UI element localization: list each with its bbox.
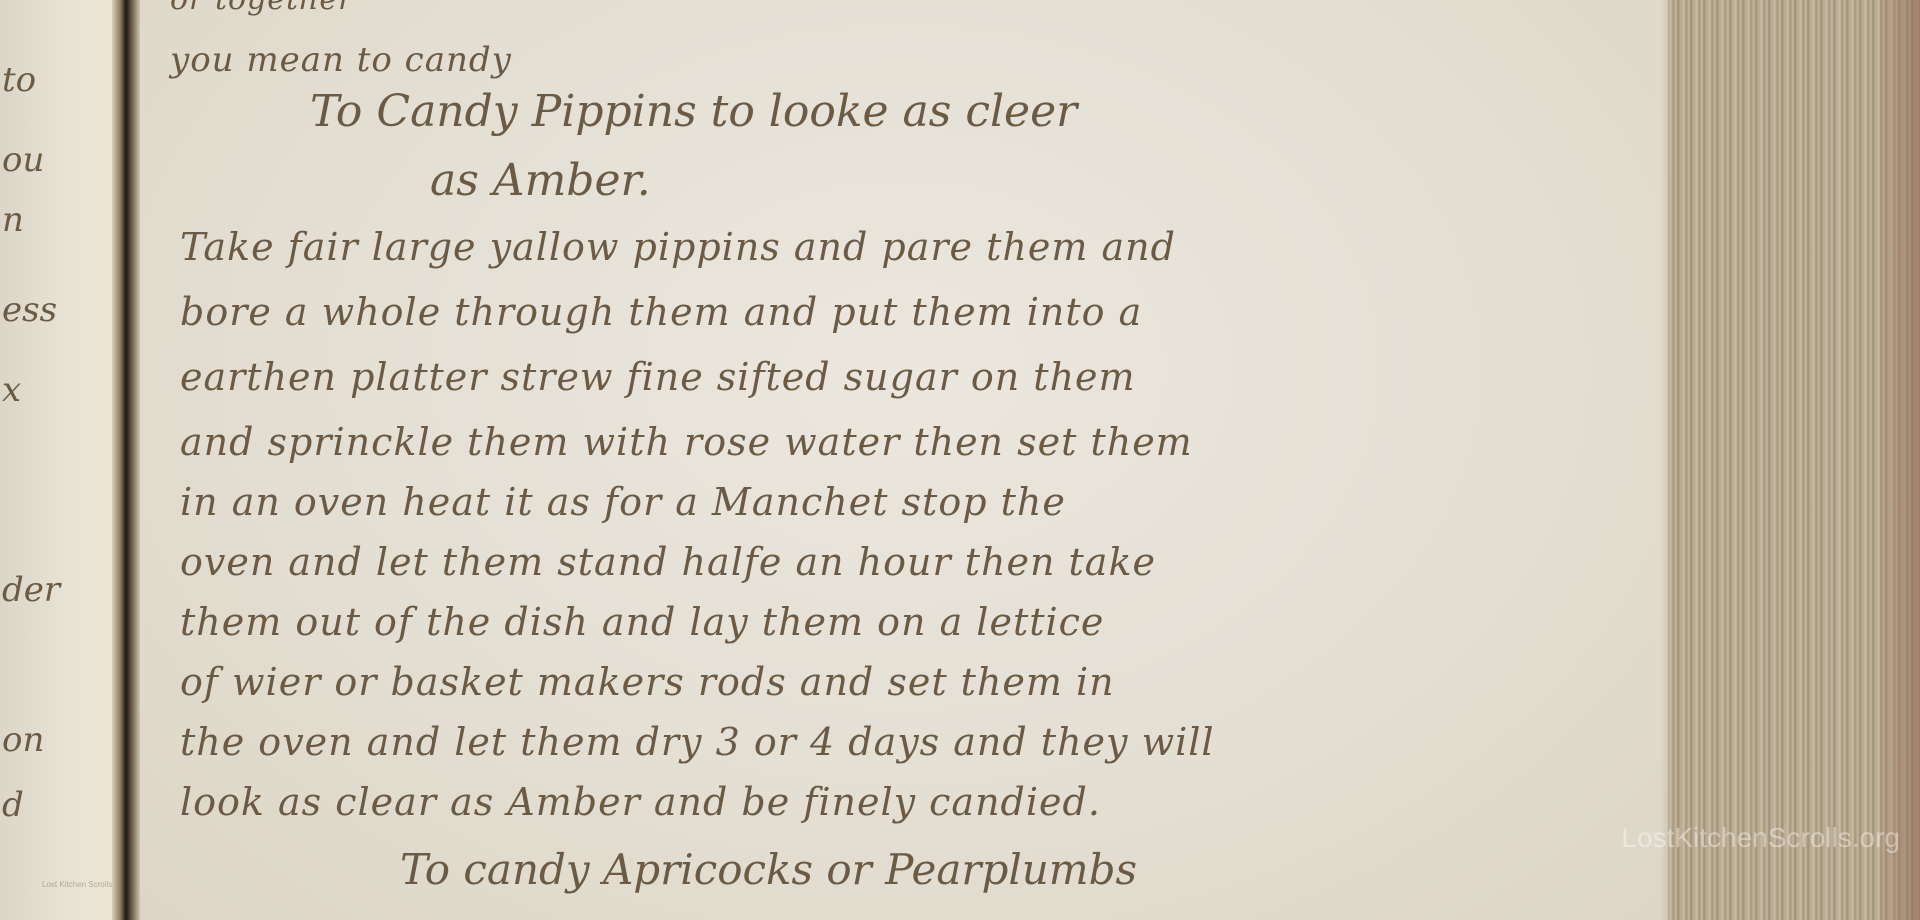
watermark-small: Lost Kitchen Scrolls xyxy=(42,880,112,889)
margin-fragment: ou xyxy=(2,140,44,180)
margin-fragment: to xyxy=(2,60,36,100)
margin-fragment: ess xyxy=(2,290,57,330)
recipe-title: To candy Apricocks or Pearplumbs xyxy=(400,845,1137,894)
text-line: earthen platter strew fine sifted sugar … xyxy=(180,355,1136,399)
book-page-edges xyxy=(1668,0,1920,920)
book-gutter xyxy=(112,0,140,920)
left-page: to ou n ess x der on d Lost Kitchen Scro… xyxy=(0,0,118,920)
text-line: Take fair large yallow pippins and pare … xyxy=(180,225,1176,269)
text-line: the oven and let them dry 3 or 4 days an… xyxy=(180,720,1215,764)
text-line: in an oven heat it as for a Manchet stop… xyxy=(180,480,1066,524)
text-line: and sprinckle them with rose water then … xyxy=(180,420,1193,464)
text-line: or together xyxy=(170,0,354,17)
text-line: of wier or basket makers rods and set th… xyxy=(180,660,1115,704)
watermark-url: LostKitchenScrolls.org xyxy=(1621,822,1900,854)
recipe-title: To Candy Pippins to looke as cleer xyxy=(310,86,1077,137)
margin-fragment: der xyxy=(2,570,60,610)
margin-fragment: on xyxy=(2,720,44,760)
text-line: them out of the dish and lay them on a l… xyxy=(180,600,1104,644)
manuscript-page: or together you mean to candy To Candy P… xyxy=(140,0,1670,920)
margin-fragment: x xyxy=(2,370,21,410)
text-line: you mean to candy xyxy=(170,40,512,80)
margin-fragment: n xyxy=(2,200,24,240)
text-line: oven and let them stand halfe an hour th… xyxy=(180,540,1156,584)
text-line: bore a whole through them and put them i… xyxy=(180,290,1142,334)
margin-fragment: d xyxy=(2,785,24,825)
text-line: look as clear as Amber and be finely can… xyxy=(180,780,1101,824)
recipe-title: as Amber. xyxy=(430,155,651,206)
